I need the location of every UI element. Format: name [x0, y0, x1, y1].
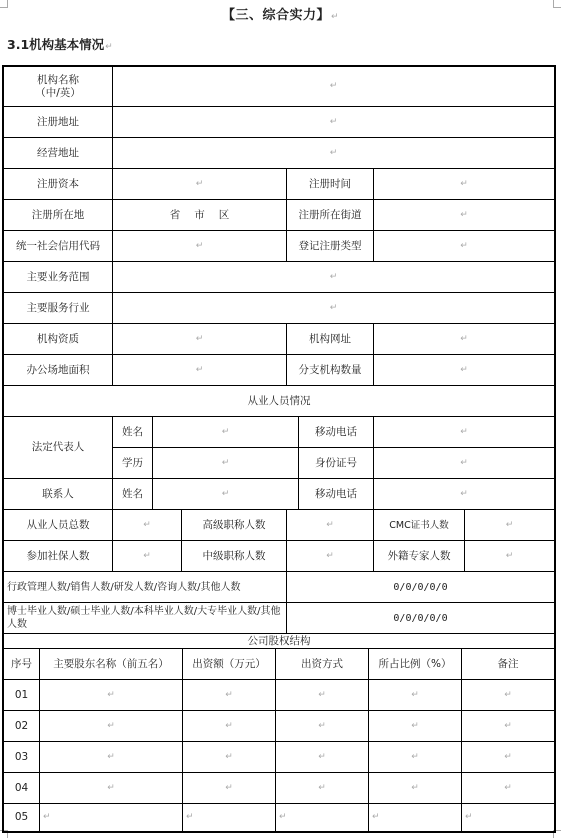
- equity-row-no: 05: [4, 804, 40, 831]
- reg-time-field[interactable]: ↵: [374, 169, 554, 200]
- total-staff-label: 从业人员总数: [4, 510, 113, 541]
- method-field[interactable]: ↵: [276, 773, 369, 804]
- reg-street-field[interactable]: ↵: [374, 200, 554, 231]
- role-breakdown-label: 行政管理人数/销售人数/研发人数/咨询人数/其他人数: [4, 572, 287, 603]
- branch-count-label: 分支机构数量: [287, 355, 374, 386]
- foreign-expert-field[interactable]: ↵: [465, 541, 554, 572]
- contact-label: 联系人: [4, 479, 113, 510]
- contact-mobile-field[interactable]: ↵: [374, 479, 554, 510]
- org-name-label: 机构名称（中/英）: [4, 67, 113, 107]
- reg-type-field[interactable]: ↵: [374, 231, 554, 262]
- paragraph-mark-icon: ↵: [105, 42, 113, 52]
- equity-row: 01 ↵ ↵ ↵ ↵ ↵: [4, 680, 554, 711]
- legal-rep-education-label: 学历: [113, 448, 153, 479]
- equity-row: 02 ↵ ↵ ↵ ↵ ↵: [4, 711, 554, 742]
- cmc-label: CMC证书人数: [374, 510, 465, 541]
- credit-code-field[interactable]: ↵: [113, 231, 287, 262]
- foreign-expert-label: 外籍专家人数: [374, 541, 465, 572]
- qualification-label: 机构资质: [4, 324, 113, 355]
- org-name-field[interactable]: ↵: [113, 67, 554, 107]
- branch-count-field[interactable]: ↵: [374, 355, 554, 386]
- website-label: 机构网址: [287, 324, 374, 355]
- shareholder-name-field[interactable]: ↵: [40, 804, 183, 831]
- total-staff-field[interactable]: ↵: [113, 510, 182, 541]
- reg-time-label: 注册时间: [287, 169, 374, 200]
- remark-field[interactable]: ↵: [462, 680, 554, 711]
- amount-field[interactable]: ↵: [183, 711, 276, 742]
- contact-name-label: 姓名: [113, 479, 153, 510]
- office-area-label: 办公场地面积: [4, 355, 113, 386]
- cmc-field[interactable]: ↵: [465, 510, 554, 541]
- equity-header-shareholder: 主要股东名称（前五名）: [40, 649, 183, 680]
- staff-section-header: 从业人员情况: [4, 386, 554, 417]
- legal-rep-label: 法定代表人: [4, 417, 113, 479]
- reg-street-label: 注册所在街道: [287, 200, 374, 231]
- qualification-field[interactable]: ↵: [113, 324, 287, 355]
- service-industry-label: 主要服务行业: [4, 293, 113, 324]
- role-breakdown-field[interactable]: 0/0/0/0/0: [287, 572, 554, 603]
- senior-title-label: 高级职称人数: [182, 510, 287, 541]
- remark-field[interactable]: ↵: [462, 804, 554, 831]
- website-field[interactable]: ↵: [374, 324, 554, 355]
- equity-header-amount: 出资额（万元）: [183, 649, 276, 680]
- org-info-table: 机构名称（中/英） ↵ 注册地址 ↵ 经营地址 ↵ 注册资本 ↵ 注册时间 ↵ …: [2, 65, 556, 833]
- legal-rep-name-label: 姓名: [113, 417, 153, 448]
- ratio-field[interactable]: ↵: [369, 773, 462, 804]
- amount-field[interactable]: ↵: [183, 804, 276, 831]
- shareholder-name-field[interactable]: ↵: [40, 773, 183, 804]
- amount-field[interactable]: ↵: [183, 742, 276, 773]
- equity-header-no: 序号: [4, 649, 40, 680]
- ratio-field[interactable]: ↵: [369, 711, 462, 742]
- credit-code-label: 统一社会信用代码: [4, 231, 113, 262]
- ratio-field[interactable]: ↵: [369, 804, 462, 831]
- shareholder-name-field[interactable]: ↵: [40, 742, 183, 773]
- legal-rep-education-field[interactable]: ↵: [153, 448, 299, 479]
- legal-rep-id-label: 身份证号: [299, 448, 374, 479]
- mid-title-label: 中级职称人数: [182, 541, 287, 572]
- equity-row-no: 01: [4, 680, 40, 711]
- business-scope-label: 主要业务范围: [4, 262, 113, 293]
- equity-row-no: 04: [4, 773, 40, 804]
- contact-name-field[interactable]: ↵: [153, 479, 299, 510]
- social-insurance-label: 参加社保人数: [4, 541, 113, 572]
- senior-title-field[interactable]: ↵: [287, 510, 374, 541]
- amount-field[interactable]: ↵: [183, 680, 276, 711]
- amount-field[interactable]: ↵: [183, 773, 276, 804]
- legal-rep-mobile-label: 移动电话: [299, 417, 374, 448]
- method-field[interactable]: ↵: [276, 711, 369, 742]
- degree-breakdown-field[interactable]: 0/0/0/0/0: [287, 603, 554, 634]
- equity-row-no: 02: [4, 711, 40, 742]
- office-area-field[interactable]: ↵: [113, 355, 287, 386]
- biz-address-label: 经营地址: [4, 138, 113, 169]
- paragraph-mark-icon: ↵: [331, 12, 339, 22]
- service-industry-field[interactable]: ↵: [113, 293, 554, 324]
- remark-field[interactable]: ↵: [462, 742, 554, 773]
- legal-rep-id-field[interactable]: ↵: [374, 448, 554, 479]
- social-insurance-field[interactable]: ↵: [113, 541, 182, 572]
- contact-mobile-label: 移动电话: [299, 479, 374, 510]
- legal-rep-mobile-field[interactable]: ↵: [374, 417, 554, 448]
- degree-breakdown-label: 博士毕业人数/硕士毕业人数/本科毕业人数/大专毕业人数/其他人数: [4, 603, 287, 634]
- section-heading: 3.1机构基本情况↵: [7, 35, 113, 53]
- ratio-field[interactable]: ↵: [369, 680, 462, 711]
- reg-location-label: 注册所在地: [4, 200, 113, 231]
- reg-location-field[interactable]: 省市区: [113, 200, 287, 231]
- remark-field[interactable]: ↵: [462, 773, 554, 804]
- equity-header-remark: 备注: [462, 649, 554, 680]
- equity-row-no: 03: [4, 742, 40, 773]
- equity-header-ratio: 所占比例（%）: [369, 649, 462, 680]
- document-title: 【三、综合实力】↵: [0, 4, 561, 23]
- method-field[interactable]: ↵: [276, 680, 369, 711]
- equity-header-method: 出资方式: [276, 649, 369, 680]
- biz-address-field[interactable]: ↵: [113, 138, 554, 169]
- mid-title-field[interactable]: ↵: [287, 541, 374, 572]
- reg-address-field[interactable]: ↵: [113, 107, 554, 138]
- equity-row: 03 ↵ ↵ ↵ ↵ ↵: [4, 742, 554, 773]
- method-field[interactable]: ↵: [276, 742, 369, 773]
- business-scope-field[interactable]: ↵: [113, 262, 554, 293]
- legal-rep-name-field[interactable]: ↵: [153, 417, 299, 448]
- equity-section-header: 公司股权结构: [4, 634, 554, 649]
- reg-type-label: 登记注册类型: [287, 231, 374, 262]
- shareholder-name-field[interactable]: ↵: [40, 680, 183, 711]
- ratio-field[interactable]: ↵: [369, 742, 462, 773]
- equity-row: 04 ↵ ↵ ↵ ↵ ↵: [4, 773, 554, 804]
- remark-field[interactable]: ↵: [462, 711, 554, 742]
- shareholder-name-field[interactable]: ↵: [40, 711, 183, 742]
- reg-capital-label: 注册资本: [4, 169, 113, 200]
- equity-row: 05 ↵ ↵ ↵ ↵ ↵: [4, 804, 554, 831]
- reg-address-label: 注册地址: [4, 107, 113, 138]
- reg-capital-field[interactable]: ↵: [113, 169, 287, 200]
- method-field[interactable]: ↵: [276, 804, 369, 831]
